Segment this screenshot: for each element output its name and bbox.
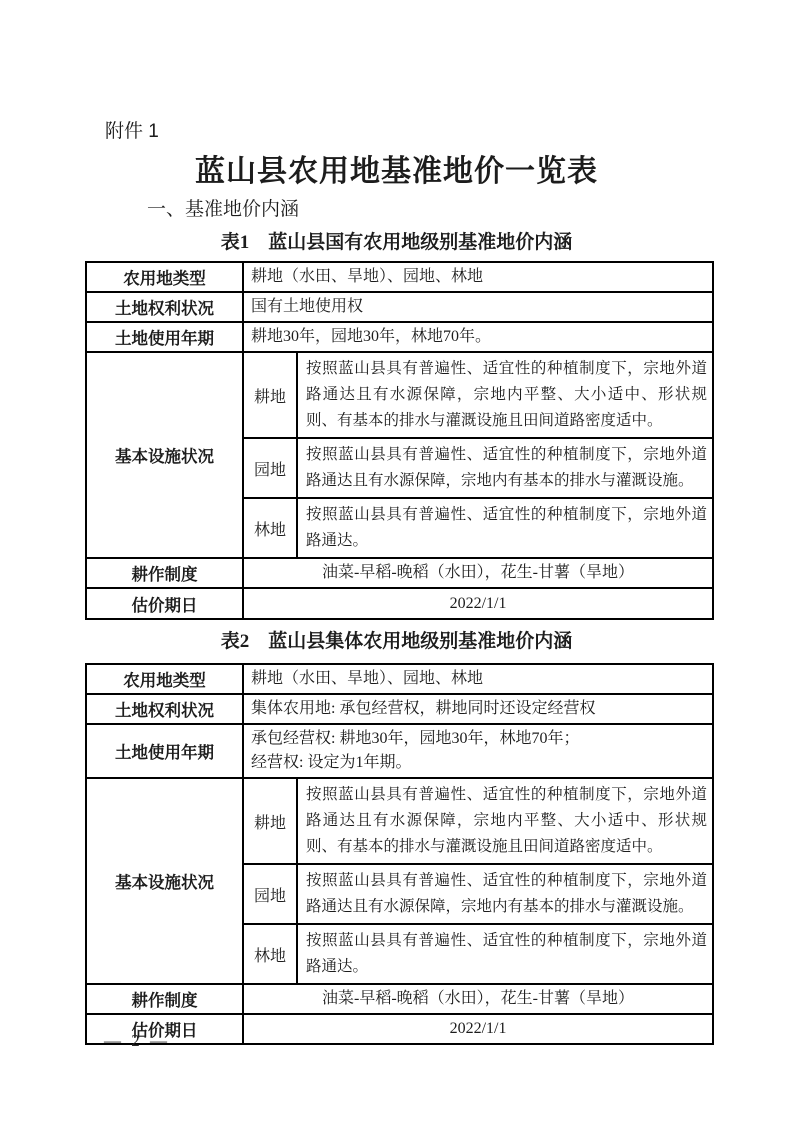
- table-row: 基本设施状况 耕地 按照蓝山县具有普遍性、适宜性的种植制度下，宗地外道路通达且有…: [86, 352, 713, 438]
- document-page: 附件 1 蓝山县农用地基准地价一览表 一、基准地价内涵 表1 蓝山县国有农用地级…: [0, 0, 793, 1122]
- cell-tenure-value: 耕地30年，园地30年，林地70年。: [243, 322, 713, 352]
- table-row: 土地权利状况 集体农用地: 承包经营权，耕地同时还设定经营权: [86, 694, 713, 724]
- cell-desc-garden: 按照蓝山县具有普遍性、适宜性的种植制度下，宗地外道路通达且有水源保障，宗地内有基…: [297, 438, 713, 498]
- cell-desc-cultivated: 按照蓝山县具有普遍性、适宜性的种植制度下，宗地外道路通达且有水源保障，宗地内平整…: [297, 352, 713, 438]
- table-row: 土地使用年期 耕地30年，园地30年，林地70年。: [86, 322, 713, 352]
- cell-valuation-date-value: 2022/1/1: [243, 1014, 713, 1044]
- row-label-land-rights: 土地权利状况: [86, 292, 243, 322]
- cell-land-type-value: 耕地（水田、旱地）、园地、林地: [243, 262, 713, 292]
- cell-desc-forest: 按照蓝山县具有普遍性、适宜性的种植制度下，宗地外道路通达。: [297, 498, 713, 558]
- cell-desc-cultivated: 按照蓝山县具有普遍性、适宜性的种植制度下，宗地外道路通达且有水源保障，宗地内平整…: [297, 778, 713, 864]
- table1-caption: 表1 蓝山县国有农用地级别基准地价内涵: [0, 227, 793, 254]
- table-row: 农用地类型 耕地（水田、旱地）、园地、林地: [86, 664, 713, 694]
- cell-sub-cultivated: 耕地: [243, 352, 297, 438]
- row-label-land-type: 农用地类型: [86, 664, 243, 694]
- cell-desc-garden: 按照蓝山县具有普遍性、适宜性的种植制度下，宗地外道路通达且有水源保障，宗地内有基…: [297, 864, 713, 924]
- cell-tenure-value: 承包经营权: 耕地30年，园地30年，林地70年； 经营权: 设定为1年期。: [243, 724, 713, 778]
- cell-land-rights-value: 国有土地使用权: [243, 292, 713, 322]
- table-collective-farmland: 农用地类型 耕地（水田、旱地）、园地、林地 土地权利状况 集体农用地: 承包经营…: [85, 663, 714, 1045]
- section-heading: 一、基准地价内涵: [147, 194, 299, 221]
- table-row: 农用地类型 耕地（水田、旱地）、园地、林地: [86, 262, 713, 292]
- cell-cropping-system-value: 油菜-早稻-晚稻（水田），花生-甘薯（旱地）: [243, 984, 713, 1014]
- cell-cropping-system-value: 油菜-早稻-晚稻（水田），花生-甘薯（旱地）: [243, 558, 713, 588]
- row-label-valuation-date: 估价期日: [86, 588, 243, 619]
- table-row: 耕作制度 油菜-早稻-晚稻（水田），花生-甘薯（旱地）: [86, 558, 713, 588]
- row-label-tenure: 土地使用年期: [86, 724, 243, 778]
- table-row: 估价期日 2022/1/1: [86, 588, 713, 619]
- footer-page-number: — 2 —: [104, 1031, 170, 1051]
- attachment-label: 附件 1: [105, 116, 159, 143]
- table-row: 基本设施状况 耕地 按照蓝山县具有普遍性、适宜性的种植制度下，宗地外道路通达且有…: [86, 778, 713, 864]
- cell-land-type-value: 耕地（水田、旱地）、园地、林地: [243, 664, 713, 694]
- table2-caption: 表2 蓝山县集体农用地级别基准地价内涵: [0, 626, 793, 653]
- row-label-cropping-system: 耕作制度: [86, 558, 243, 588]
- document-title: 蓝山县农用地基准地价一览表: [0, 146, 793, 190]
- table-row: 土地使用年期 承包经营权: 耕地30年，园地30年，林地70年； 经营权: 设定…: [86, 724, 713, 778]
- table-national-farmland: 农用地类型 耕地（水田、旱地）、园地、林地 土地权利状况 国有土地使用权 土地使…: [85, 261, 714, 620]
- row-label-land-type: 农用地类型: [86, 262, 243, 292]
- row-label-land-rights: 土地权利状况: [86, 694, 243, 724]
- cell-valuation-date-value: 2022/1/1: [243, 588, 713, 619]
- cell-desc-forest: 按照蓝山县具有普遍性、适宜性的种植制度下，宗地外道路通达。: [297, 924, 713, 984]
- row-label-cropping-system: 耕作制度: [86, 984, 243, 1014]
- cell-sub-cultivated: 耕地: [243, 778, 297, 864]
- row-label-infrastructure: 基本设施状况: [86, 778, 243, 984]
- row-label-infrastructure: 基本设施状况: [86, 352, 243, 558]
- cell-sub-garden: 园地: [243, 864, 297, 924]
- table-row: 耕作制度 油菜-早稻-晚稻（水田），花生-甘薯（旱地）: [86, 984, 713, 1014]
- row-label-tenure: 土地使用年期: [86, 322, 243, 352]
- table-row: 土地权利状况 国有土地使用权: [86, 292, 713, 322]
- cell-sub-forest: 林地: [243, 924, 297, 984]
- cell-land-rights-value: 集体农用地: 承包经营权，耕地同时还设定经营权: [243, 694, 713, 724]
- cell-sub-garden: 园地: [243, 438, 297, 498]
- table-row: 估价期日 2022/1/1: [86, 1014, 713, 1044]
- cell-sub-forest: 林地: [243, 498, 297, 558]
